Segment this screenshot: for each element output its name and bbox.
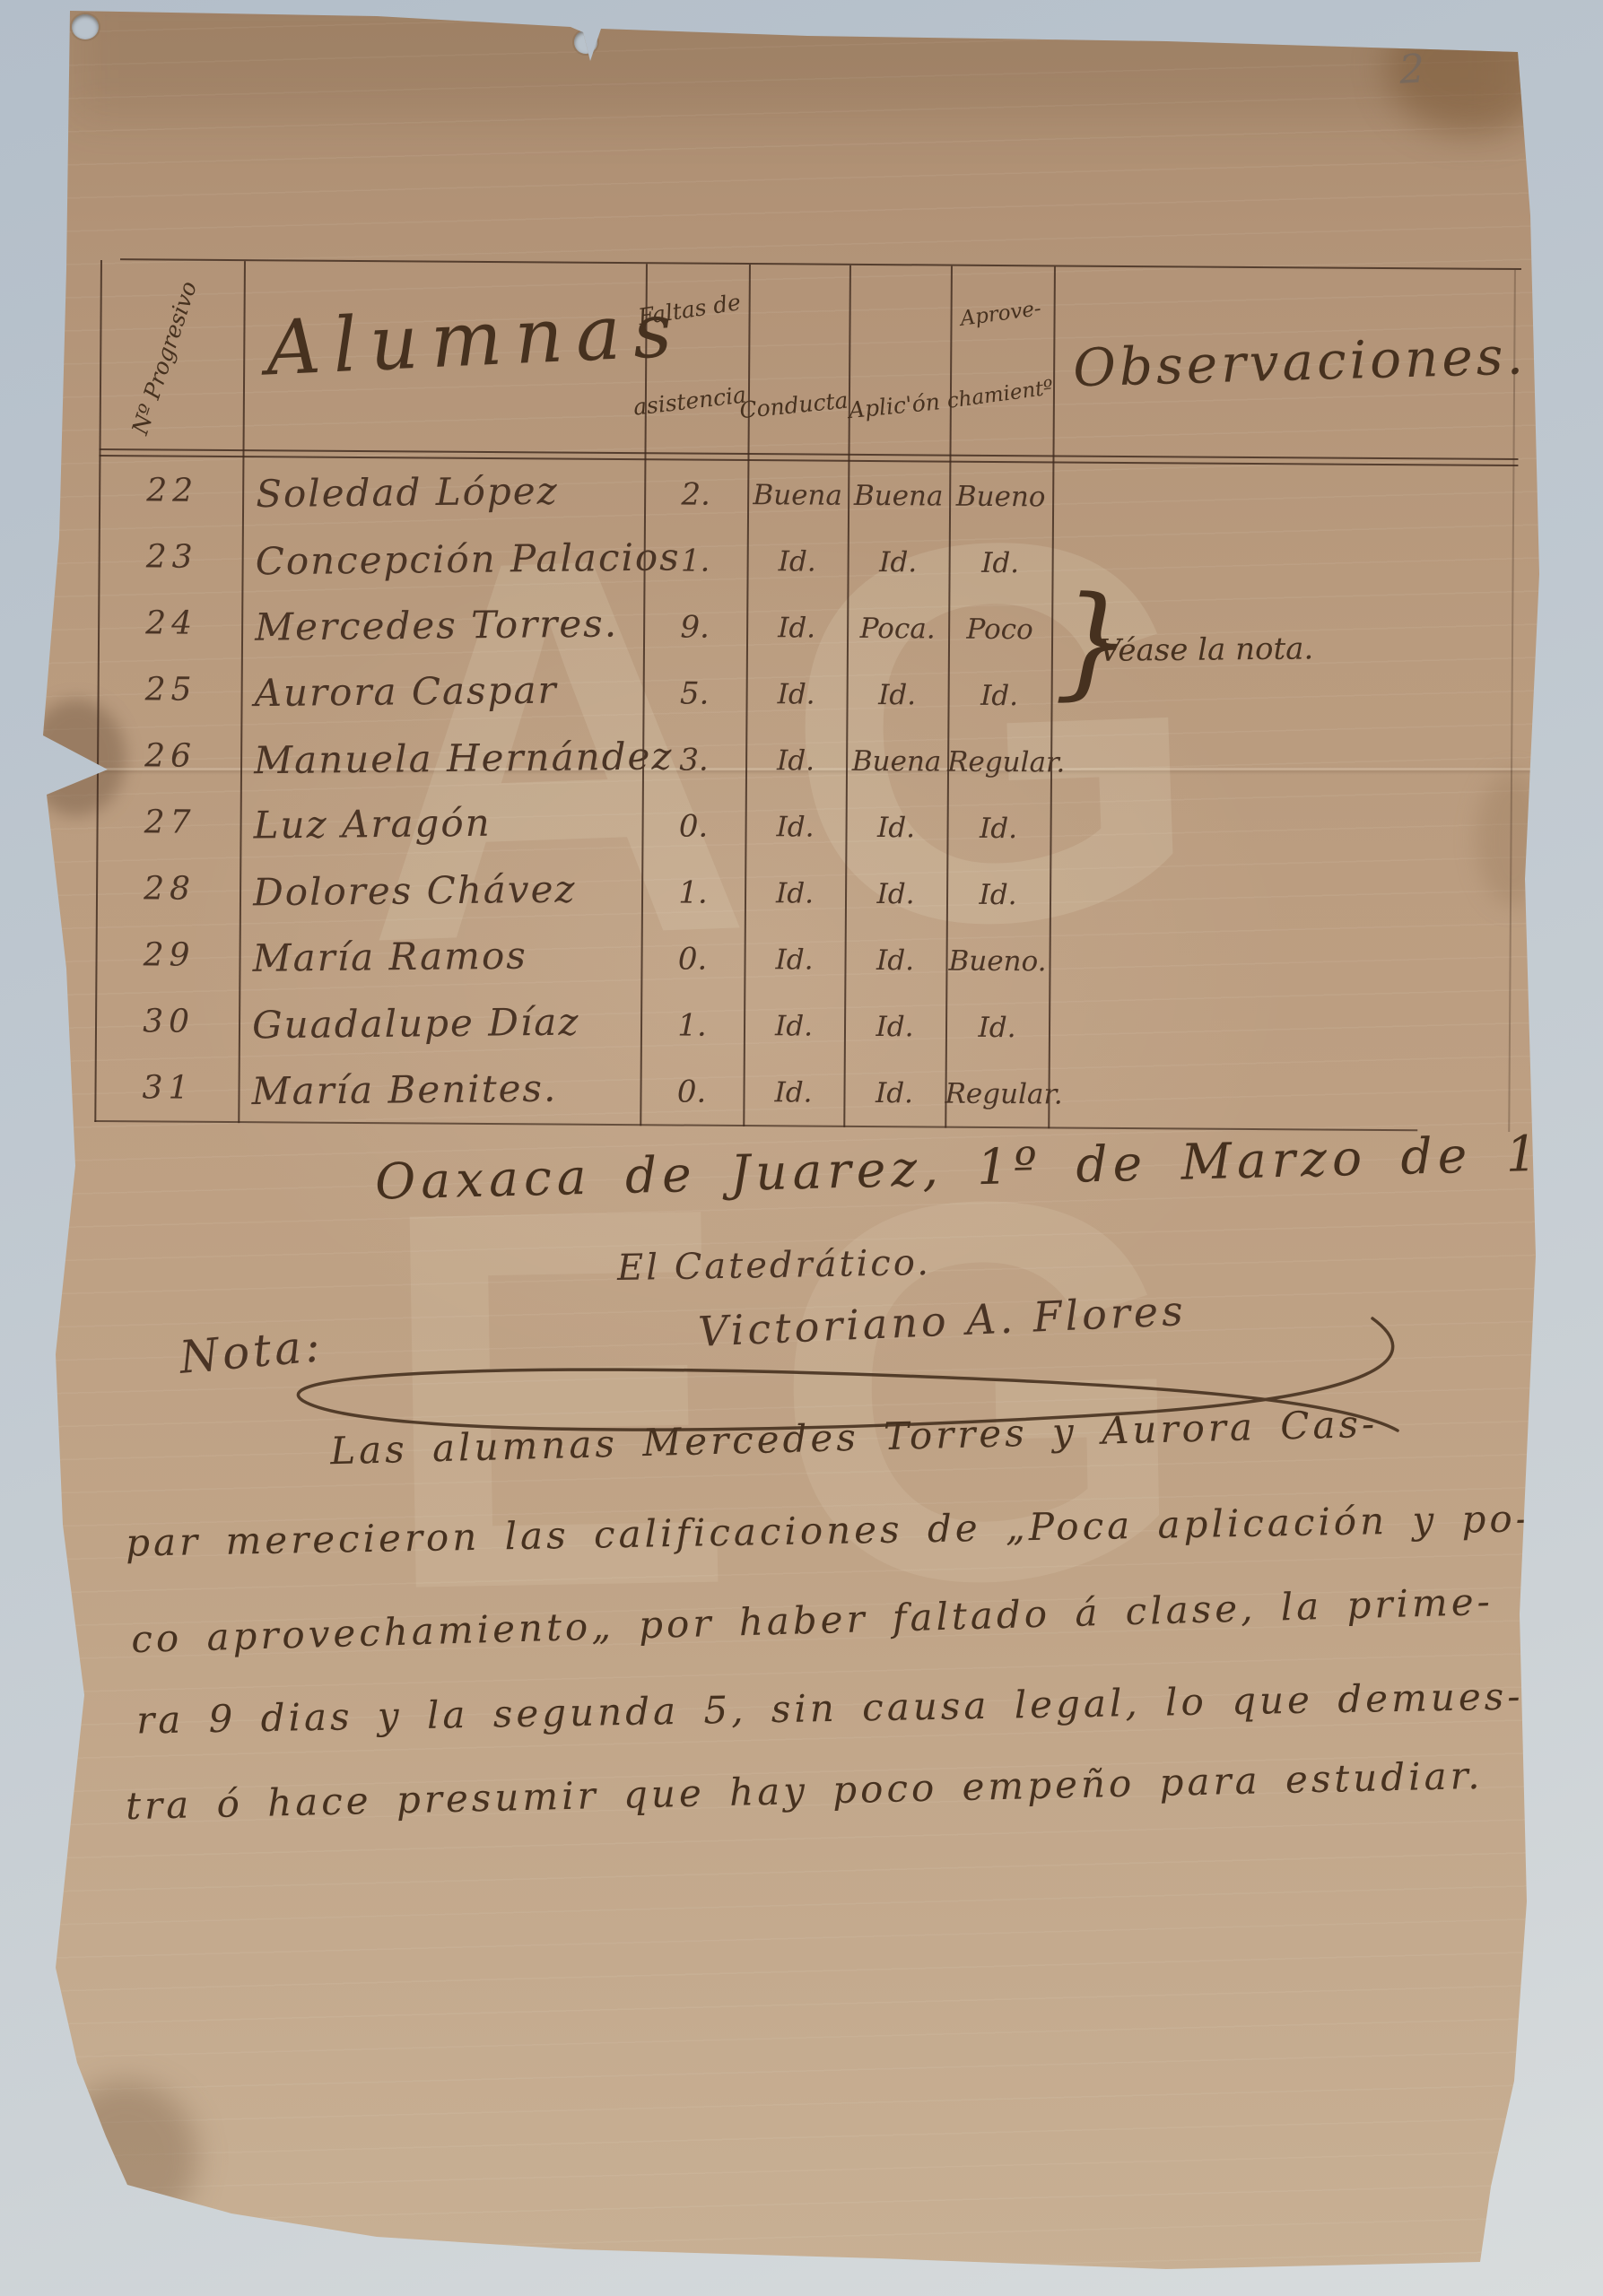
faltas-value: 1. <box>640 992 745 1059</box>
faltas-value: 0. <box>640 926 745 993</box>
aprovechamiento-value: Id. <box>948 530 1052 597</box>
row-number: 22 <box>126 457 220 525</box>
table-row: 23 Concepción Palacios 1. Id. Id. Id. <box>98 524 1517 600</box>
document-paper: AG EG 2 Nº Progresivo Alumnas Faltas de … <box>0 0 1603 2296</box>
row-number: 27 <box>123 789 217 857</box>
nota-line: Las alumnas Mercedes Torres y Aurora Cas… <box>330 1402 1379 1474</box>
column-header-alumnas: Alumnas <box>264 285 686 392</box>
aprovechamiento-value: Id. <box>947 663 1051 730</box>
row-number: 29 <box>122 922 216 989</box>
student-name: Soledad López <box>256 458 559 528</box>
signature: Victoriano A. Flores <box>697 1286 1188 1356</box>
punch-hole <box>72 14 99 39</box>
row-number: 31 <box>121 1055 215 1122</box>
student-name: Concepción Palacios <box>255 524 681 595</box>
faltas-value: 0. <box>641 793 745 860</box>
conducta-value: Id. <box>744 993 845 1060</box>
table-row: 27 Luz Aragón 0. Id. Id. Id. <box>96 789 1515 865</box>
faltas-value: 3. <box>642 726 746 794</box>
student-name: María Ramos <box>252 923 527 992</box>
column-header-numero: Nº Progresivo <box>118 252 211 465</box>
photo-of-document: { "page": { "number": "2" }, "colors": {… <box>0 0 1603 2296</box>
aplicacion-value: Id. <box>847 529 949 596</box>
aprovechamiento-value: Regular. <box>945 1061 1049 1128</box>
aprovechamiento-value: Poco <box>948 596 1052 664</box>
aplicacion-value: Id. <box>845 861 947 928</box>
punch-hole <box>574 30 597 54</box>
aging-stain <box>72 0 1507 117</box>
aplicacion-value: Id. <box>846 662 948 729</box>
table-row: 25 Aurora Caspar 5. Id. Id. Id. <box>97 657 1516 733</box>
nota-line: tra ó hace presumir que hay poco empeño … <box>126 1753 1484 1828</box>
aprovechamiento-value: Id. <box>946 862 1050 929</box>
table-row: 30 Guadalupe Díaz 1. Id. Id. Id. <box>95 988 1514 1065</box>
student-name: Luz Aragón <box>253 790 492 859</box>
student-name: Guadalupe Díaz <box>252 989 580 1059</box>
table-row: 26 Manuela Hernández 3. Id. Buena Regula… <box>97 723 1516 799</box>
nota-line: par merecieron las calificaciones de „Po… <box>126 1496 1533 1564</box>
faltas-value: 1. <box>641 859 745 926</box>
faltas-value: 2. <box>644 461 748 528</box>
conducta-value: Id. <box>746 528 848 596</box>
faltas-value: 1. <box>643 527 747 595</box>
row-number: 28 <box>123 856 217 923</box>
conducta-value: Id. <box>745 727 847 795</box>
aprovechamiento-value: Bueno. <box>945 928 1050 996</box>
student-name: María Benites. <box>251 1056 558 1126</box>
row-number: 26 <box>124 723 218 790</box>
aplicacion-value: Poca. <box>847 596 949 663</box>
conducta-value: Id. <box>745 794 846 861</box>
row-number: 25 <box>124 657 218 724</box>
student-name: Manuela Hernández <box>254 723 674 794</box>
faltas-value: 9. <box>643 594 747 661</box>
conducta-value: Id. <box>746 595 848 662</box>
aprovechamiento-value: Bueno <box>949 464 1053 531</box>
conducta-value: Id. <box>743 1059 844 1126</box>
column-header-conducta: Conducta <box>737 387 850 423</box>
aplicacion-value: Id. <box>843 1060 945 1127</box>
nota-line: co aprovechamiento„ por haber faltado á … <box>131 1579 1494 1661</box>
column-header-observaciones: Observaciones. <box>1072 325 1527 398</box>
aplicacion-value: Id. <box>844 927 946 995</box>
faltas-value: 5. <box>642 660 746 727</box>
table-rule <box>120 258 1521 270</box>
nota-label: Nota: <box>178 1319 326 1384</box>
conducta-value: Buena <box>747 462 849 529</box>
aplicacion-value: Id. <box>844 994 946 1061</box>
signer-title: El Catedrático. <box>617 1242 932 1289</box>
column-header-aprovechamiento: Aprove- <box>946 295 1054 332</box>
nota-line: ra 9 dias y la segunda 5, sin causa lega… <box>136 1674 1524 1743</box>
table-row: 28 Dolores Chávez 1. Id. Id. Id. <box>96 856 1515 932</box>
dateline: Oaxaca de Juarez, 1º de Marzo de 1,891 <box>374 1121 1603 1210</box>
table-row: 31 María Benites. 0. Id. Id. Regular. <box>94 1055 1513 1131</box>
aplicacion-value: Id. <box>845 795 947 862</box>
aprovechamiento-value: Regular. <box>947 729 1051 796</box>
table-row: 29 María Ramos 0. Id. Id. Bueno. <box>95 922 1514 998</box>
conducta-value: Id. <box>745 860 846 927</box>
table-row: 22 Soledad López 2. Buena Buena Bueno <box>99 457 1518 534</box>
corner-stain <box>54 2081 197 2233</box>
column-header-aplicacion: Aplic'ón <box>841 387 948 423</box>
student-name: Mercedes Torres. <box>255 591 619 661</box>
row-number: 24 <box>125 590 219 657</box>
student-name: Aurora Caspar <box>254 657 558 727</box>
aprovechamiento-value: Id. <box>946 796 1050 863</box>
faltas-value: 0. <box>640 1058 744 1126</box>
student-name: Dolores Chávez <box>253 857 577 926</box>
row-number: 23 <box>125 524 219 591</box>
row-number: 30 <box>122 988 216 1056</box>
conducta-value: Id. <box>744 926 845 994</box>
grades-table: Nº Progresivo Alumnas Faltas de asistenc… <box>94 258 1521 1136</box>
observation-note: Véase la nota. <box>1099 631 1314 669</box>
page-number: 2 <box>1398 46 1426 92</box>
aplicacion-value: Buena <box>848 463 950 530</box>
column-header-aprovechamiento: chamientº <box>944 376 1057 413</box>
aplicacion-value: Buena <box>846 728 948 796</box>
conducta-value: Id. <box>745 661 847 728</box>
aprovechamiento-value: Id. <box>945 995 1050 1062</box>
